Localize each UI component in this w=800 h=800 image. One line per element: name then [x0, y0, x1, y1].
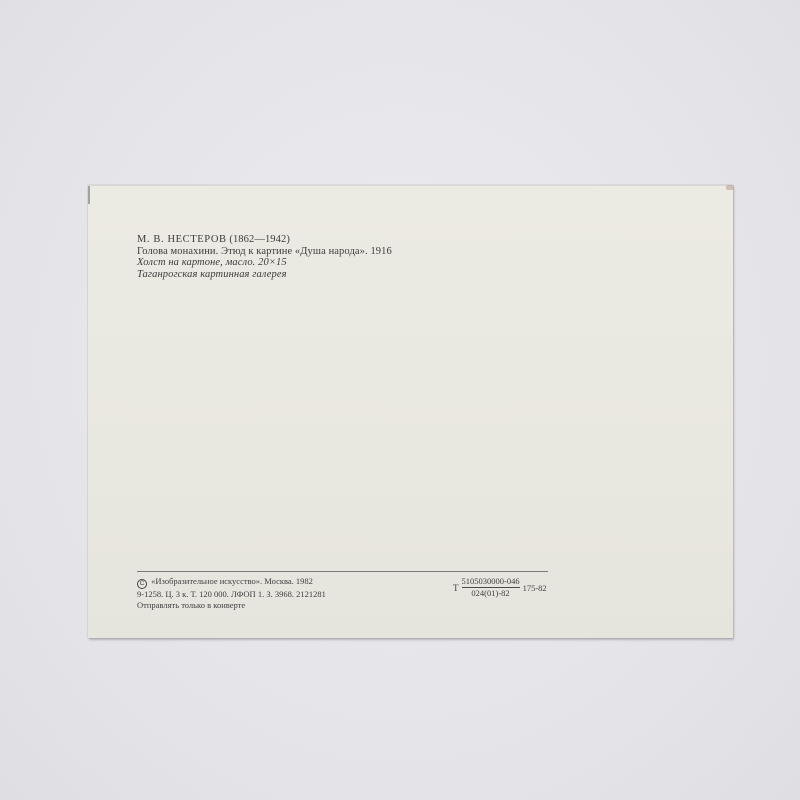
index-numerator: 5105030000-046 — [462, 577, 520, 588]
artwork-caption: М. В. НЕСТЕРОВ (1862—1942) Голова монахи… — [137, 234, 392, 280]
print-details: 9-1258. Ц. 3 к. Т. 120 000. ЛФОП 1. З. 3… — [137, 589, 326, 600]
publisher-imprint: C «Изобразительное искусство». Москва. 1… — [137, 576, 326, 610]
worn-corner — [726, 185, 734, 190]
index-fraction: 5105030000-046 024(01)-82 — [462, 577, 520, 598]
artist-years: (1862—1942) — [229, 234, 290, 245]
catalog-index-code: Т 5105030000-046 024(01)-82 175-82 — [453, 577, 547, 598]
artwork-medium: Холст на картоне, масло. 20×15 — [137, 257, 392, 269]
index-suffix: 175-82 — [523, 583, 547, 593]
artwork-title: Голова монахини. Этюд к картине «Душа на… — [137, 246, 392, 258]
index-prefix: Т — [453, 583, 459, 593]
card-edge-mark — [88, 186, 90, 204]
artwork-collection: Таганрогская картинная галерея — [137, 269, 392, 281]
mailing-note: Отправлять только в конверте — [137, 600, 326, 611]
index-denominator: 024(01)-82 — [471, 588, 509, 598]
artist-line: М. В. НЕСТЕРОВ (1862—1942) — [137, 234, 392, 246]
copyright-icon: C — [137, 579, 147, 589]
publisher-line: «Изобразительное искусство». Москва. 198… — [151, 576, 313, 586]
imprint-divider — [137, 571, 548, 572]
publisher-line-row: C «Изобразительное искусство». Москва. 1… — [137, 576, 326, 589]
artist-name: М. В. НЕСТЕРОВ — [137, 234, 227, 245]
